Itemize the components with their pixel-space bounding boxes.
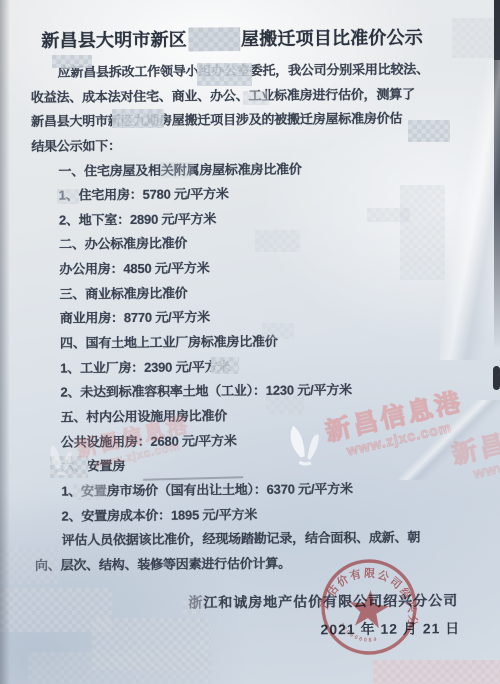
title-censor-patch: [188, 27, 240, 51]
censor-patch: [262, 323, 294, 339]
doc-line: 新昌县大明市新区九期房屋搬迁项目涉及的被搬迁房屋标准房价估: [31, 106, 471, 134]
censor-patch: [197, 63, 252, 86]
doc-line: 2、未达到标准容积率土地（工业）：1230 元/平方米: [33, 377, 473, 405]
censor-patch: [211, 357, 239, 374]
photo-edge-shadow: [494, 0, 500, 350]
document-title-right: 屋搬迁项目比准价公示: [241, 27, 423, 49]
company-seal: 产估价有限公司绍兴分 330606084: [313, 551, 425, 663]
censor-patch: [28, 652, 213, 684]
censor-patch: [57, 189, 79, 204]
censor-patch: [112, 109, 164, 128]
seal-star-icon: [347, 588, 391, 629]
svg-text:330606084: 330606084: [336, 622, 381, 645]
doc-line: 商业用房：8770 元/平方米: [33, 303, 473, 331]
doc-line: 三、商业标准房比准价: [32, 279, 472, 307]
censor-patch: [160, 162, 194, 178]
censor-patch: [255, 230, 300, 252]
censor-patch: [183, 596, 203, 614]
censor-patch: [266, 396, 304, 414]
censor-patch: [408, 120, 450, 142]
doc-line: 结果公示如下：: [31, 131, 471, 159]
censor-patch: [50, 456, 88, 478]
photo-edge-shadow: [493, 366, 500, 390]
censor-patch: [400, 185, 445, 280]
doc-line: 2、安置房成本价：1895 元/平方米: [34, 501, 474, 529]
doc-line: 公共设施用房：2680 元/平方米: [34, 427, 474, 455]
doc-line: 一、住宅房屋及相关附属房屋标准房比准价: [31, 156, 471, 184]
doc-line: 五、村内公用设施用房比准价: [34, 402, 474, 430]
censor-patch: [73, 484, 107, 500]
censor-patch: [243, 91, 269, 105]
doc-line: 四、国有土地上工业厂房标准房比准价: [33, 328, 473, 356]
doc-line: 评估人员依据该比准价，经现场踏勘记录，结合面积、成新、朝: [35, 525, 475, 553]
photographed-notice: 新昌县大明市新区屋搬迁项目比准价公示 应新昌县拆改工作领导小组办公室委托，我公司…: [0, 0, 500, 684]
document-title-left: 新昌县大明市新区: [41, 30, 187, 51]
photo-edge-shadow: [0, 0, 10, 684]
document-title: 新昌县大明市新区屋搬迁项目比准价公示: [41, 23, 423, 52]
censor-patch: [452, 18, 498, 58]
doc-line: 六、安置房: [34, 451, 474, 479]
doc-line: 1、工业厂房：2390 元/平方米: [33, 353, 473, 381]
censor-patch: [52, 55, 92, 68]
censor-patch: [373, 660, 500, 684]
seal-serial-number: 330606084: [336, 622, 381, 645]
